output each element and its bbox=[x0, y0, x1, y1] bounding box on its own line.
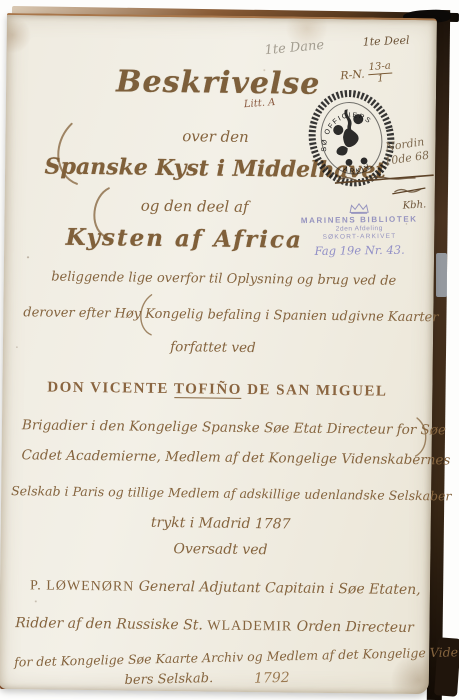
shelfmark-fraction: 13-a 1 bbox=[367, 61, 393, 85]
author-pre: Don Vicente bbox=[47, 380, 169, 397]
library-stamp-line1: MARINENS BIBLIOTEK bbox=[294, 214, 424, 225]
shelfmark-prefix: R-N. bbox=[340, 68, 365, 83]
author-name: Tofiño bbox=[174, 381, 242, 399]
crown-icon bbox=[348, 202, 370, 214]
title-part-line: og den deel af bbox=[65, 196, 325, 217]
order-name: Wlademir bbox=[207, 618, 292, 634]
title-body-line3: forfattet ved bbox=[113, 338, 313, 356]
author-post: de San Miguel bbox=[247, 382, 388, 400]
manuscript-photo: 1te Dane 1te Deel R-N. 13-a 1 Litt. A Be… bbox=[0, 0, 459, 700]
library-stamp-line3: SØKORT-ARKIVET bbox=[294, 232, 424, 241]
translated-by-line: Oversadt ved bbox=[110, 540, 330, 559]
title-word: Beskrivelse bbox=[116, 64, 316, 101]
shelfmark-note: R-N. 13-a 1 bbox=[340, 61, 394, 87]
library-stamp-shelfmark: Fag 19e Nr. 43. bbox=[295, 242, 425, 258]
title-page: 1te Dane 1te Deel R-N. 13-a 1 Litt. A Be… bbox=[0, 13, 437, 694]
title-over-den: over den bbox=[135, 127, 295, 147]
edge-tab bbox=[436, 253, 447, 297]
imprint-line: trykt i Madrid 1787 bbox=[111, 514, 331, 533]
year: 1792 bbox=[237, 669, 307, 687]
library-stamp: MARINENS BIBLIOTEK 2den Afdeling SØKORT-… bbox=[294, 201, 425, 258]
ink-volume-note: 1te Deel bbox=[362, 34, 409, 49]
